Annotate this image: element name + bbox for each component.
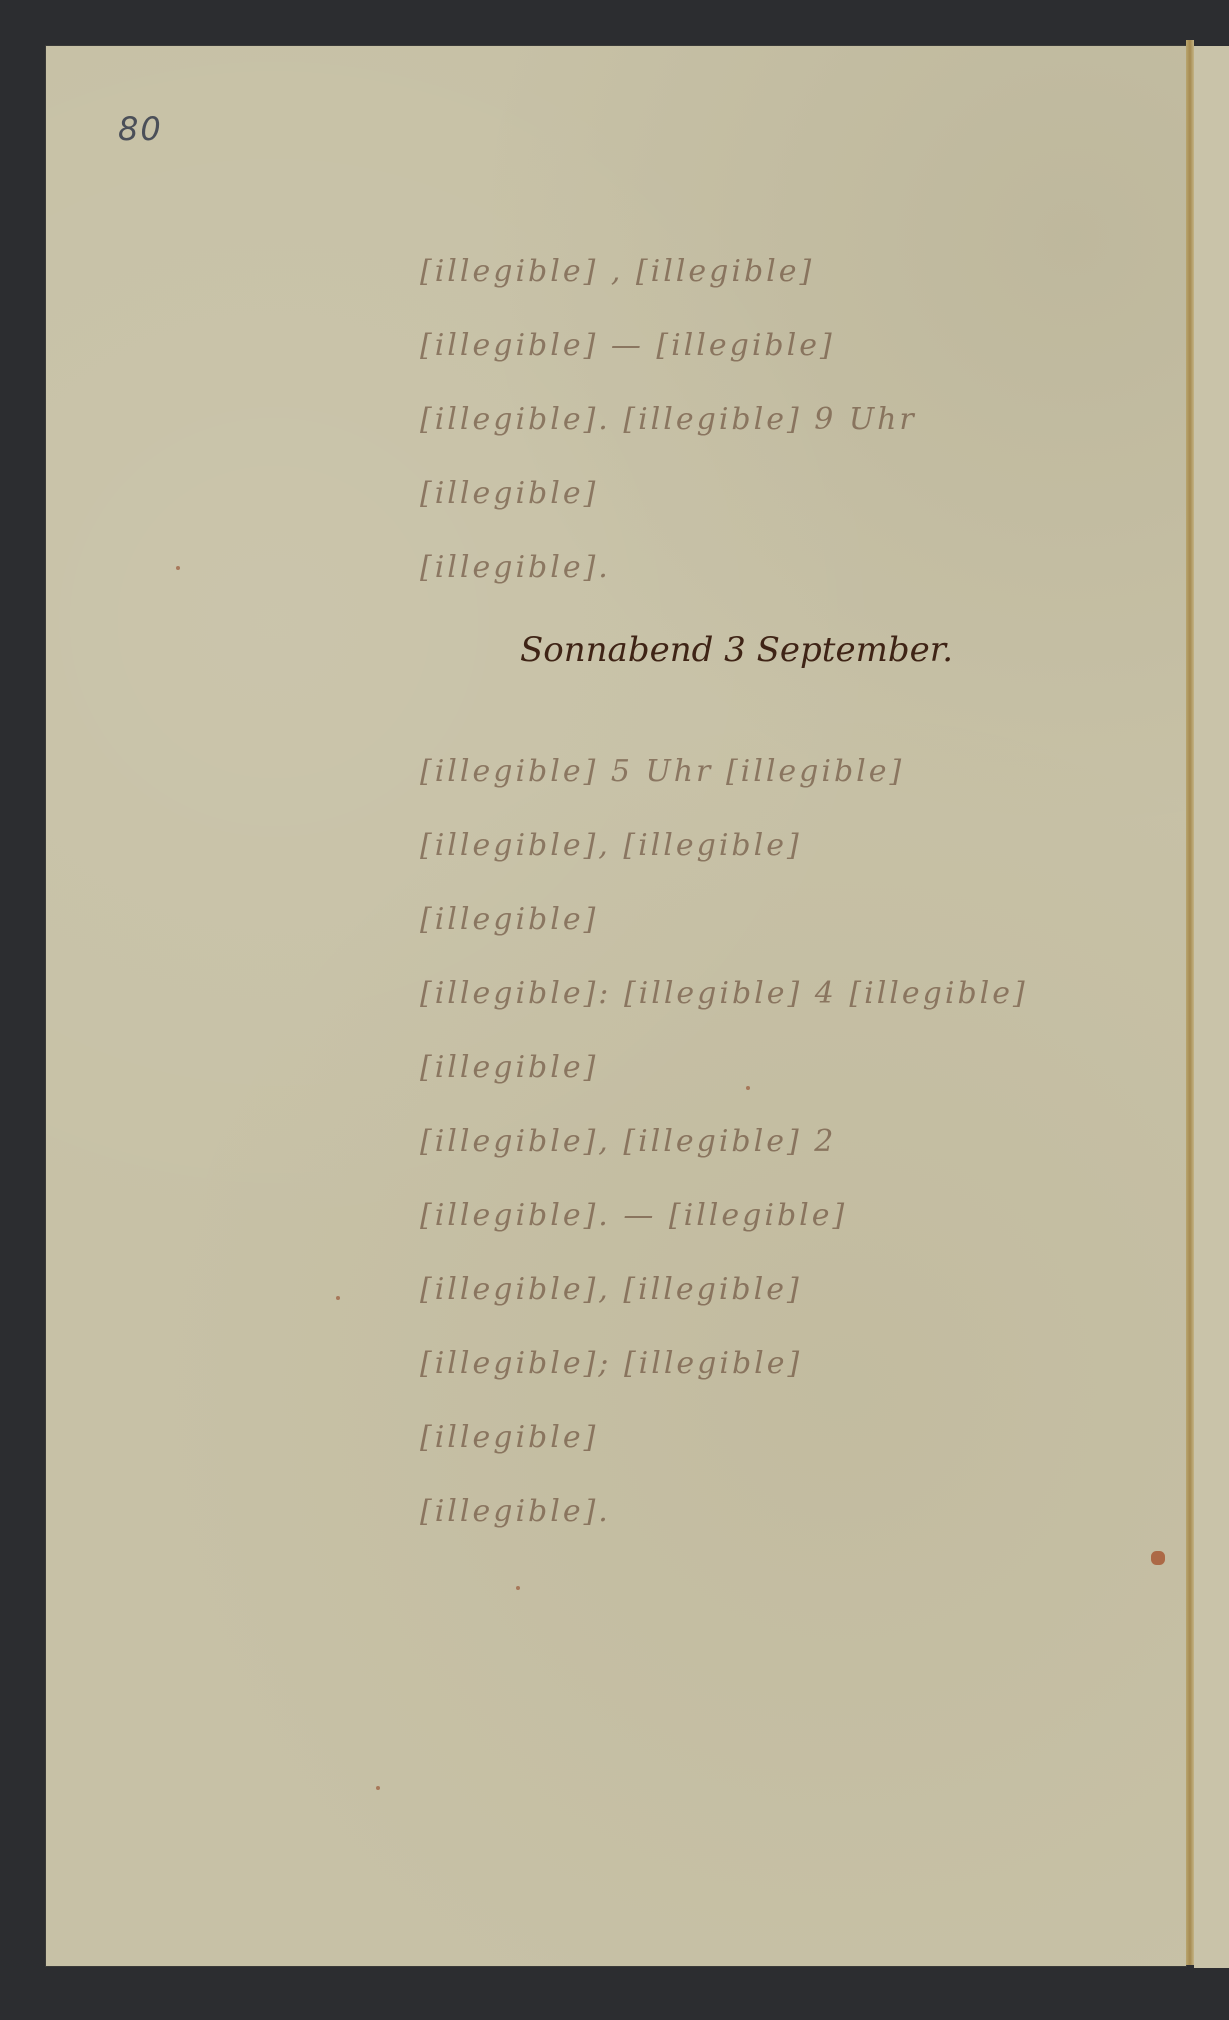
date-heading: Sonnabend 3 September.	[420, 605, 1080, 695]
paper-speck	[336, 1296, 340, 1300]
text-line: [illegible]; [illegible]	[420, 1327, 1080, 1401]
text-line: [illegible], [illegible]	[420, 809, 1080, 883]
paper-speck	[516, 1586, 520, 1590]
text-line: [illegible]: [illegible] 4 [illegible]	[420, 957, 1080, 1031]
binding-gutter	[1186, 40, 1194, 1965]
text-line: [illegible].	[420, 1475, 1080, 1549]
manuscript-scan: 80 [illegible] , [illegible] [illegible]…	[0, 0, 1229, 2020]
text-line: [illegible]	[420, 1401, 1080, 1475]
text-line: [illegible]. — [illegible]	[420, 1179, 1080, 1253]
text-line: [illegible], [illegible]	[420, 1253, 1080, 1327]
text-line: [illegible], [illegible] 2	[420, 1105, 1080, 1179]
text-line: [illegible].	[420, 531, 1080, 605]
text-line: [illegible]	[420, 457, 1080, 531]
text-line: [illegible] , [illegible]	[420, 235, 1080, 309]
text-line: [illegible]. [illegible] 9 Uhr	[420, 383, 1080, 457]
text-line: [illegible]	[420, 883, 1080, 957]
paper-speck	[376, 1786, 380, 1790]
handwritten-text: [illegible] , [illegible] [illegible] — …	[420, 235, 1080, 1549]
facing-page-edge	[1194, 46, 1229, 1968]
text-line: [illegible] 5 Uhr [illegible]	[420, 735, 1080, 809]
text-line: [illegible]	[420, 1031, 1080, 1105]
folio-number: 80	[118, 110, 163, 148]
text-line: [illegible] — [illegible]	[420, 309, 1080, 383]
paper-speck	[176, 566, 180, 570]
rust-stain	[1151, 1551, 1165, 1565]
